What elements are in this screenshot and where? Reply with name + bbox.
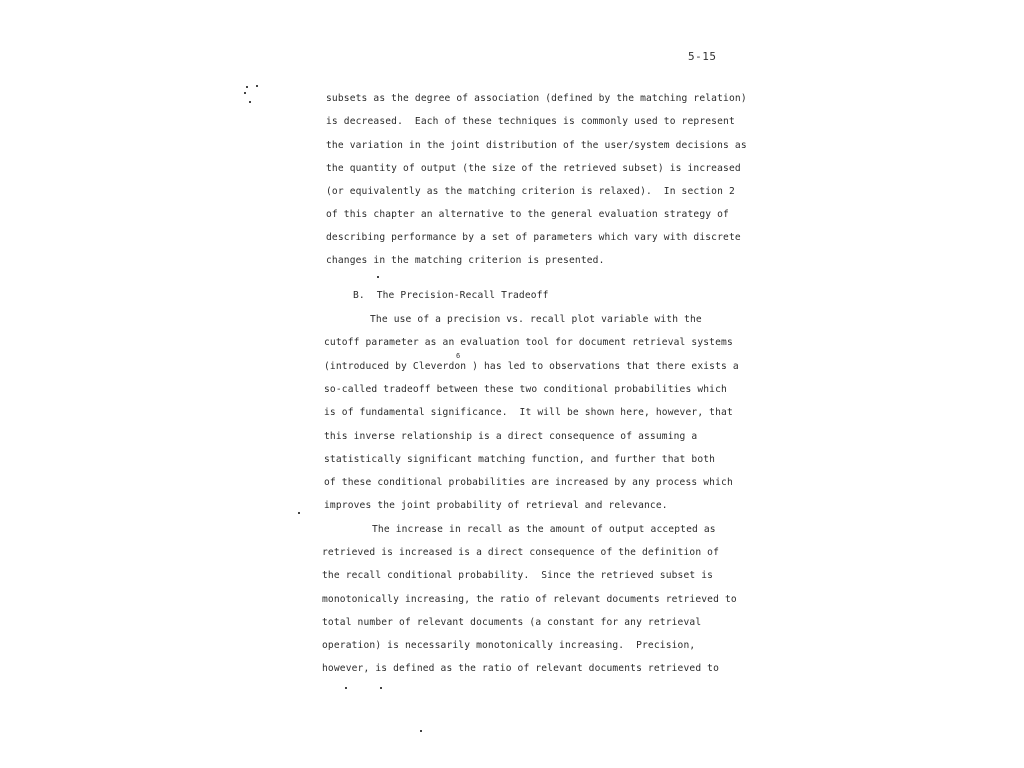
p2-line-3: (introduced by Cleverdon ) has led to ob… <box>324 361 739 372</box>
p3-line-7: however, is defined as the ratio of rele… <box>322 663 719 674</box>
p3-line-3: the recall conditional probability. Sinc… <box>322 570 713 581</box>
scan-speck <box>246 86 248 88</box>
p3-line-6: operation) is necessarily monotonically … <box>322 640 695 651</box>
p2-line-7: statistically significant matching funct… <box>324 454 715 465</box>
page-number: 5-15 <box>688 50 717 63</box>
p1-line-2: is decreased. Each of these techniques i… <box>326 116 735 127</box>
p1-line-8: changes in the matching criterion is pre… <box>326 255 605 266</box>
p2-line-5: is of fundamental significance. It will … <box>324 407 733 418</box>
scan-speck <box>380 687 382 689</box>
p2-line-4: so-called tradeoff between these two con… <box>324 384 727 395</box>
p1-line-7: describing performance by a set of param… <box>326 232 741 243</box>
citation-superscript: 6 <box>456 352 460 360</box>
p3-line-2: retrieved is increased is a direct conse… <box>322 547 719 558</box>
p2-line-6: this inverse relationship is a direct co… <box>324 431 697 442</box>
p1-line-1: subsets as the degree of association (de… <box>326 93 747 104</box>
scan-speck <box>249 101 251 103</box>
scan-speck <box>420 730 422 732</box>
p3-line-5: total number of relevant documents (a co… <box>322 617 701 628</box>
p2-line-9: improves the joint probability of retrie… <box>324 500 668 511</box>
scan-speck <box>298 512 300 514</box>
scan-speck <box>256 85 258 87</box>
scan-speck <box>345 687 347 689</box>
p3-line-1: The increase in recall as the amount of … <box>372 524 716 535</box>
p3-line-4: monotonically increasing, the ratio of r… <box>322 594 737 605</box>
scan-speck <box>244 92 246 94</box>
p1-line-6: of this chapter an alternative to the ge… <box>326 209 729 220</box>
p2-line-1: The use of a precision vs. recall plot v… <box>370 314 702 325</box>
p1-line-5: (or equivalently as the matching criteri… <box>326 186 735 197</box>
section-heading: B. The Precision-Recall Tradeoff <box>353 290 549 301</box>
p2-line-2: cutoff parameter as an evaluation tool f… <box>324 337 733 348</box>
p1-line-4: the quantity of output (the size of the … <box>326 163 741 174</box>
p2-line-8: of these conditional probabilities are i… <box>324 477 733 488</box>
scan-speck <box>377 276 379 278</box>
p1-line-3: the variation in the joint distribution … <box>326 140 747 151</box>
